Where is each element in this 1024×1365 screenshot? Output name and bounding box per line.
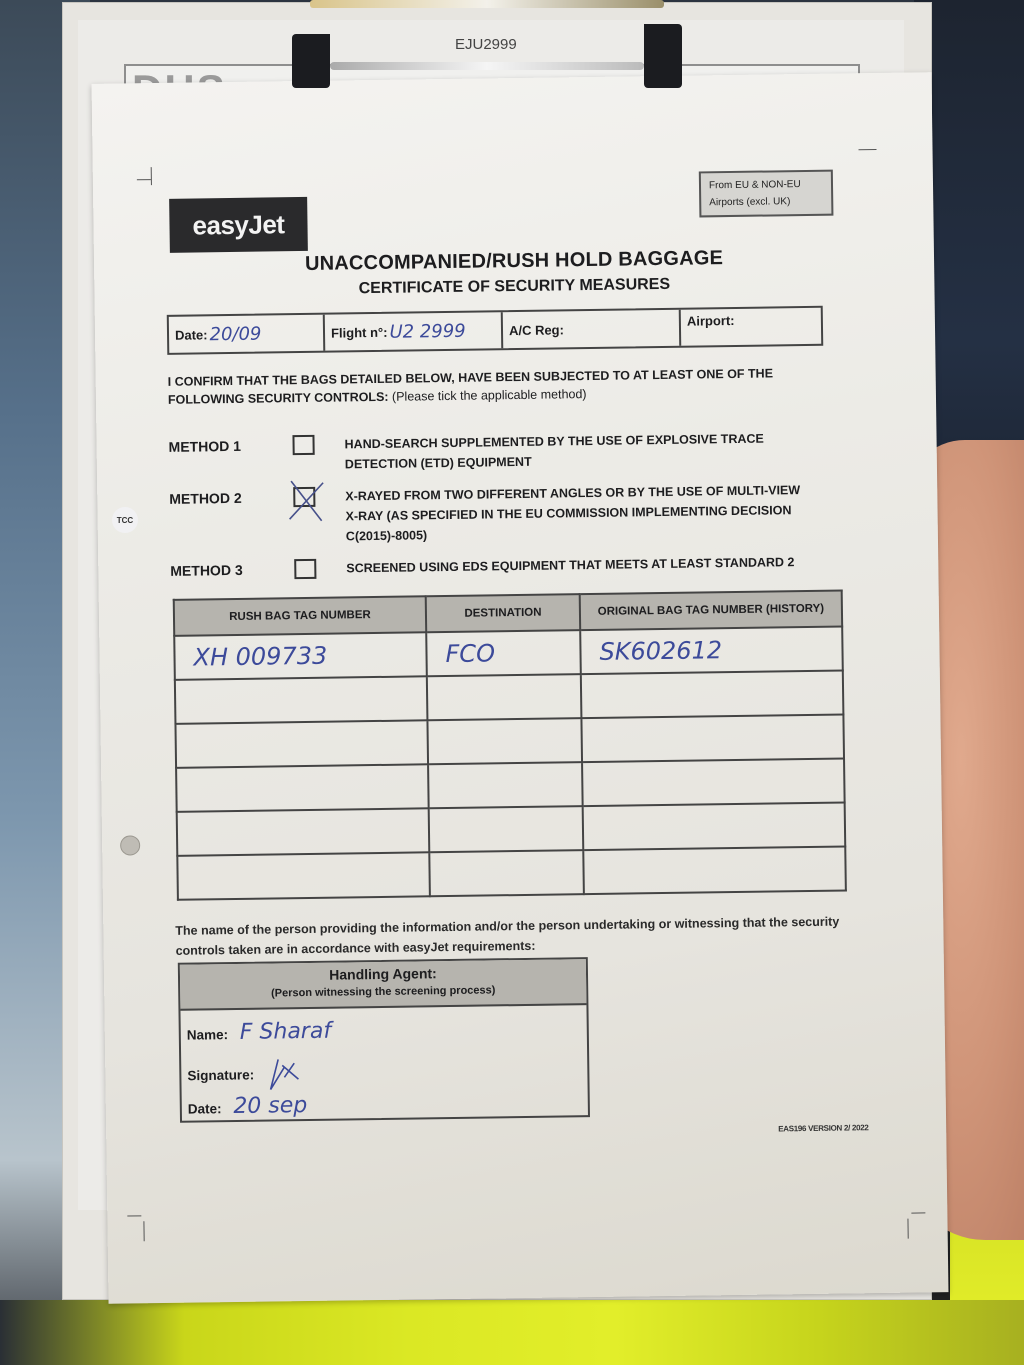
destination-cell[interactable] — [429, 806, 584, 852]
method-2-description: X-RAYED FROM TWO DIFFERENT ANGLES OR BY … — [345, 480, 816, 547]
agent-date-label: Date: — [188, 1101, 222, 1116]
flight-info-row: Date: 20/09 Flight n°: U2 2999 A/C Reg: … — [167, 306, 823, 355]
registration-mark — [127, 1215, 141, 1216]
agent-date-field[interactable]: Date: 20 sep — [188, 1093, 308, 1120]
bag-table-body: XH 009733FCOSK602612 — [174, 626, 846, 899]
clip-cap-right — [644, 24, 682, 88]
rush-tag-cell[interactable] — [175, 720, 428, 768]
method-3-description: SCREENED USING EDS EQUIPMENT THAT MEETS … — [346, 552, 816, 579]
handling-agent-header: Handling Agent: (Person witnessing the s… — [180, 959, 587, 1011]
rush-tag-cell[interactable] — [177, 852, 430, 900]
clipboard-clip[interactable] — [292, 0, 682, 84]
rush-tag-cell[interactable] — [177, 808, 430, 856]
signature-scribble-icon — [264, 1057, 304, 1094]
confirmation-note: (Please tick the applicable method) — [392, 387, 587, 404]
destination-cell[interactable]: FCO — [426, 630, 581, 676]
security-certificate-form: easyJet From EU & NON-EU Airports (excl.… — [92, 72, 949, 1304]
form-version: EAS196 VERSION 2/ 2022 — [778, 1123, 868, 1133]
method-1-description: HAND-SEARCH SUPPLEMENTED BY THE USE OF E… — [344, 428, 815, 475]
method-1-label: METHOD 1 — [168, 438, 241, 455]
agent-name-label: Name: — [187, 1027, 228, 1043]
flight-number-value: U2 2999 — [389, 320, 465, 342]
method-3-checkbox[interactable] — [294, 559, 316, 579]
easyjet-logo: easyJet — [169, 197, 308, 253]
column-header-original-tag: ORIGINAL BAG TAG NUMBER (HISTORY) — [580, 590, 842, 630]
column-header-rush-tag: RUSH BAG TAG NUMBER — [174, 596, 426, 636]
registration-mark — [137, 179, 151, 180]
rush-tag-cell[interactable] — [176, 764, 429, 812]
hi-vis-vest-bottom — [0, 1300, 1024, 1365]
handling-agent-subheading: (Person witnessing the screening process… — [180, 983, 586, 1001]
rush-tag-cell[interactable] — [175, 676, 428, 724]
date-value: 20/09 — [209, 323, 261, 345]
original-tag-cell[interactable] — [581, 714, 844, 762]
original-tag-cell[interactable]: SK602612 — [580, 626, 843, 674]
bag-table: RUSH BAG TAG NUMBER DESTINATION ORIGINAL… — [173, 589, 847, 900]
punch-hole — [120, 835, 140, 855]
ac-reg-field[interactable]: A/C Reg: — [503, 310, 681, 348]
registration-mark — [859, 149, 877, 150]
destination-cell[interactable] — [427, 674, 582, 720]
destination-cell[interactable] — [429, 850, 584, 896]
column-header-destination: DESTINATION — [426, 594, 580, 632]
scope-badge-line-1: From EU & NON-EU — [709, 176, 831, 195]
method-2-checkbox[interactable] — [293, 487, 315, 507]
airport-label: Airport: — [687, 313, 735, 329]
original-tag-cell[interactable] — [583, 802, 846, 850]
rush-tag-cell[interactable]: XH 009733 — [174, 632, 427, 680]
agent-date-value: 20 sep — [233, 1093, 307, 1119]
registration-mark — [907, 1219, 908, 1239]
flight-number-label: Flight n°: — [331, 324, 388, 340]
scope-badge-line-2: Airports (excl. UK) — [709, 193, 831, 212]
agent-name-field[interactable]: Name: F Sharaf — [187, 1019, 332, 1046]
ac-reg-label: A/C Reg: — [509, 322, 564, 338]
table-row — [177, 846, 846, 899]
original-tag-cell[interactable] — [582, 758, 845, 806]
handling-agent-box: Handling Agent: (Person witnessing the s… — [178, 957, 590, 1123]
tcc-sticker: TCC — [112, 507, 138, 533]
handwritten-x-mark-icon — [287, 479, 330, 524]
destination-cell[interactable] — [428, 762, 583, 808]
agent-signature-label: Signature: — [187, 1067, 254, 1083]
method-1-checkbox[interactable] — [292, 435, 314, 455]
clip-lever — [330, 62, 644, 70]
date-field[interactable]: Date: 20/09 — [169, 315, 325, 353]
registration-mark — [911, 1212, 925, 1213]
original-tag-cell[interactable] — [581, 670, 844, 718]
clip-wire — [310, 0, 664, 8]
clip-cap-left — [292, 34, 330, 88]
scope-badge: From EU & NON-EU Airports (excl. UK) — [699, 170, 834, 218]
agent-name-value: F Sharaf — [240, 1019, 332, 1045]
method-2-label: METHOD 2 — [169, 490, 242, 507]
witness-statement: The name of the person providing the inf… — [175, 911, 865, 961]
confirmation-statement: I CONFIRM THAT THE BAGS DETAILED BELOW, … — [168, 364, 828, 409]
method-2-row: METHOD 2 X-RAYED FROM TWO DIFFERENT ANGL… — [169, 482, 829, 491]
method-3-row: METHOD 3 SCREENED USING EDS EQUIPMENT TH… — [170, 554, 830, 563]
registration-mark — [151, 167, 152, 185]
date-label: Date: — [175, 327, 208, 342]
agent-signature-field[interactable]: Signature: — [187, 1057, 304, 1095]
method-1-row: METHOD 1 HAND-SEARCH SUPPLEMENTED BY THE… — [168, 430, 828, 439]
original-tag-cell[interactable] — [583, 846, 846, 894]
airport-field[interactable]: Airport: — [681, 308, 821, 346]
flight-number-field[interactable]: Flight n°: U2 2999 — [325, 312, 503, 350]
handling-agent-heading: Handling Agent: — [180, 963, 586, 985]
destination-cell[interactable] — [427, 718, 582, 764]
registration-mark — [143, 1221, 144, 1241]
method-3-label: METHOD 3 — [170, 562, 243, 579]
